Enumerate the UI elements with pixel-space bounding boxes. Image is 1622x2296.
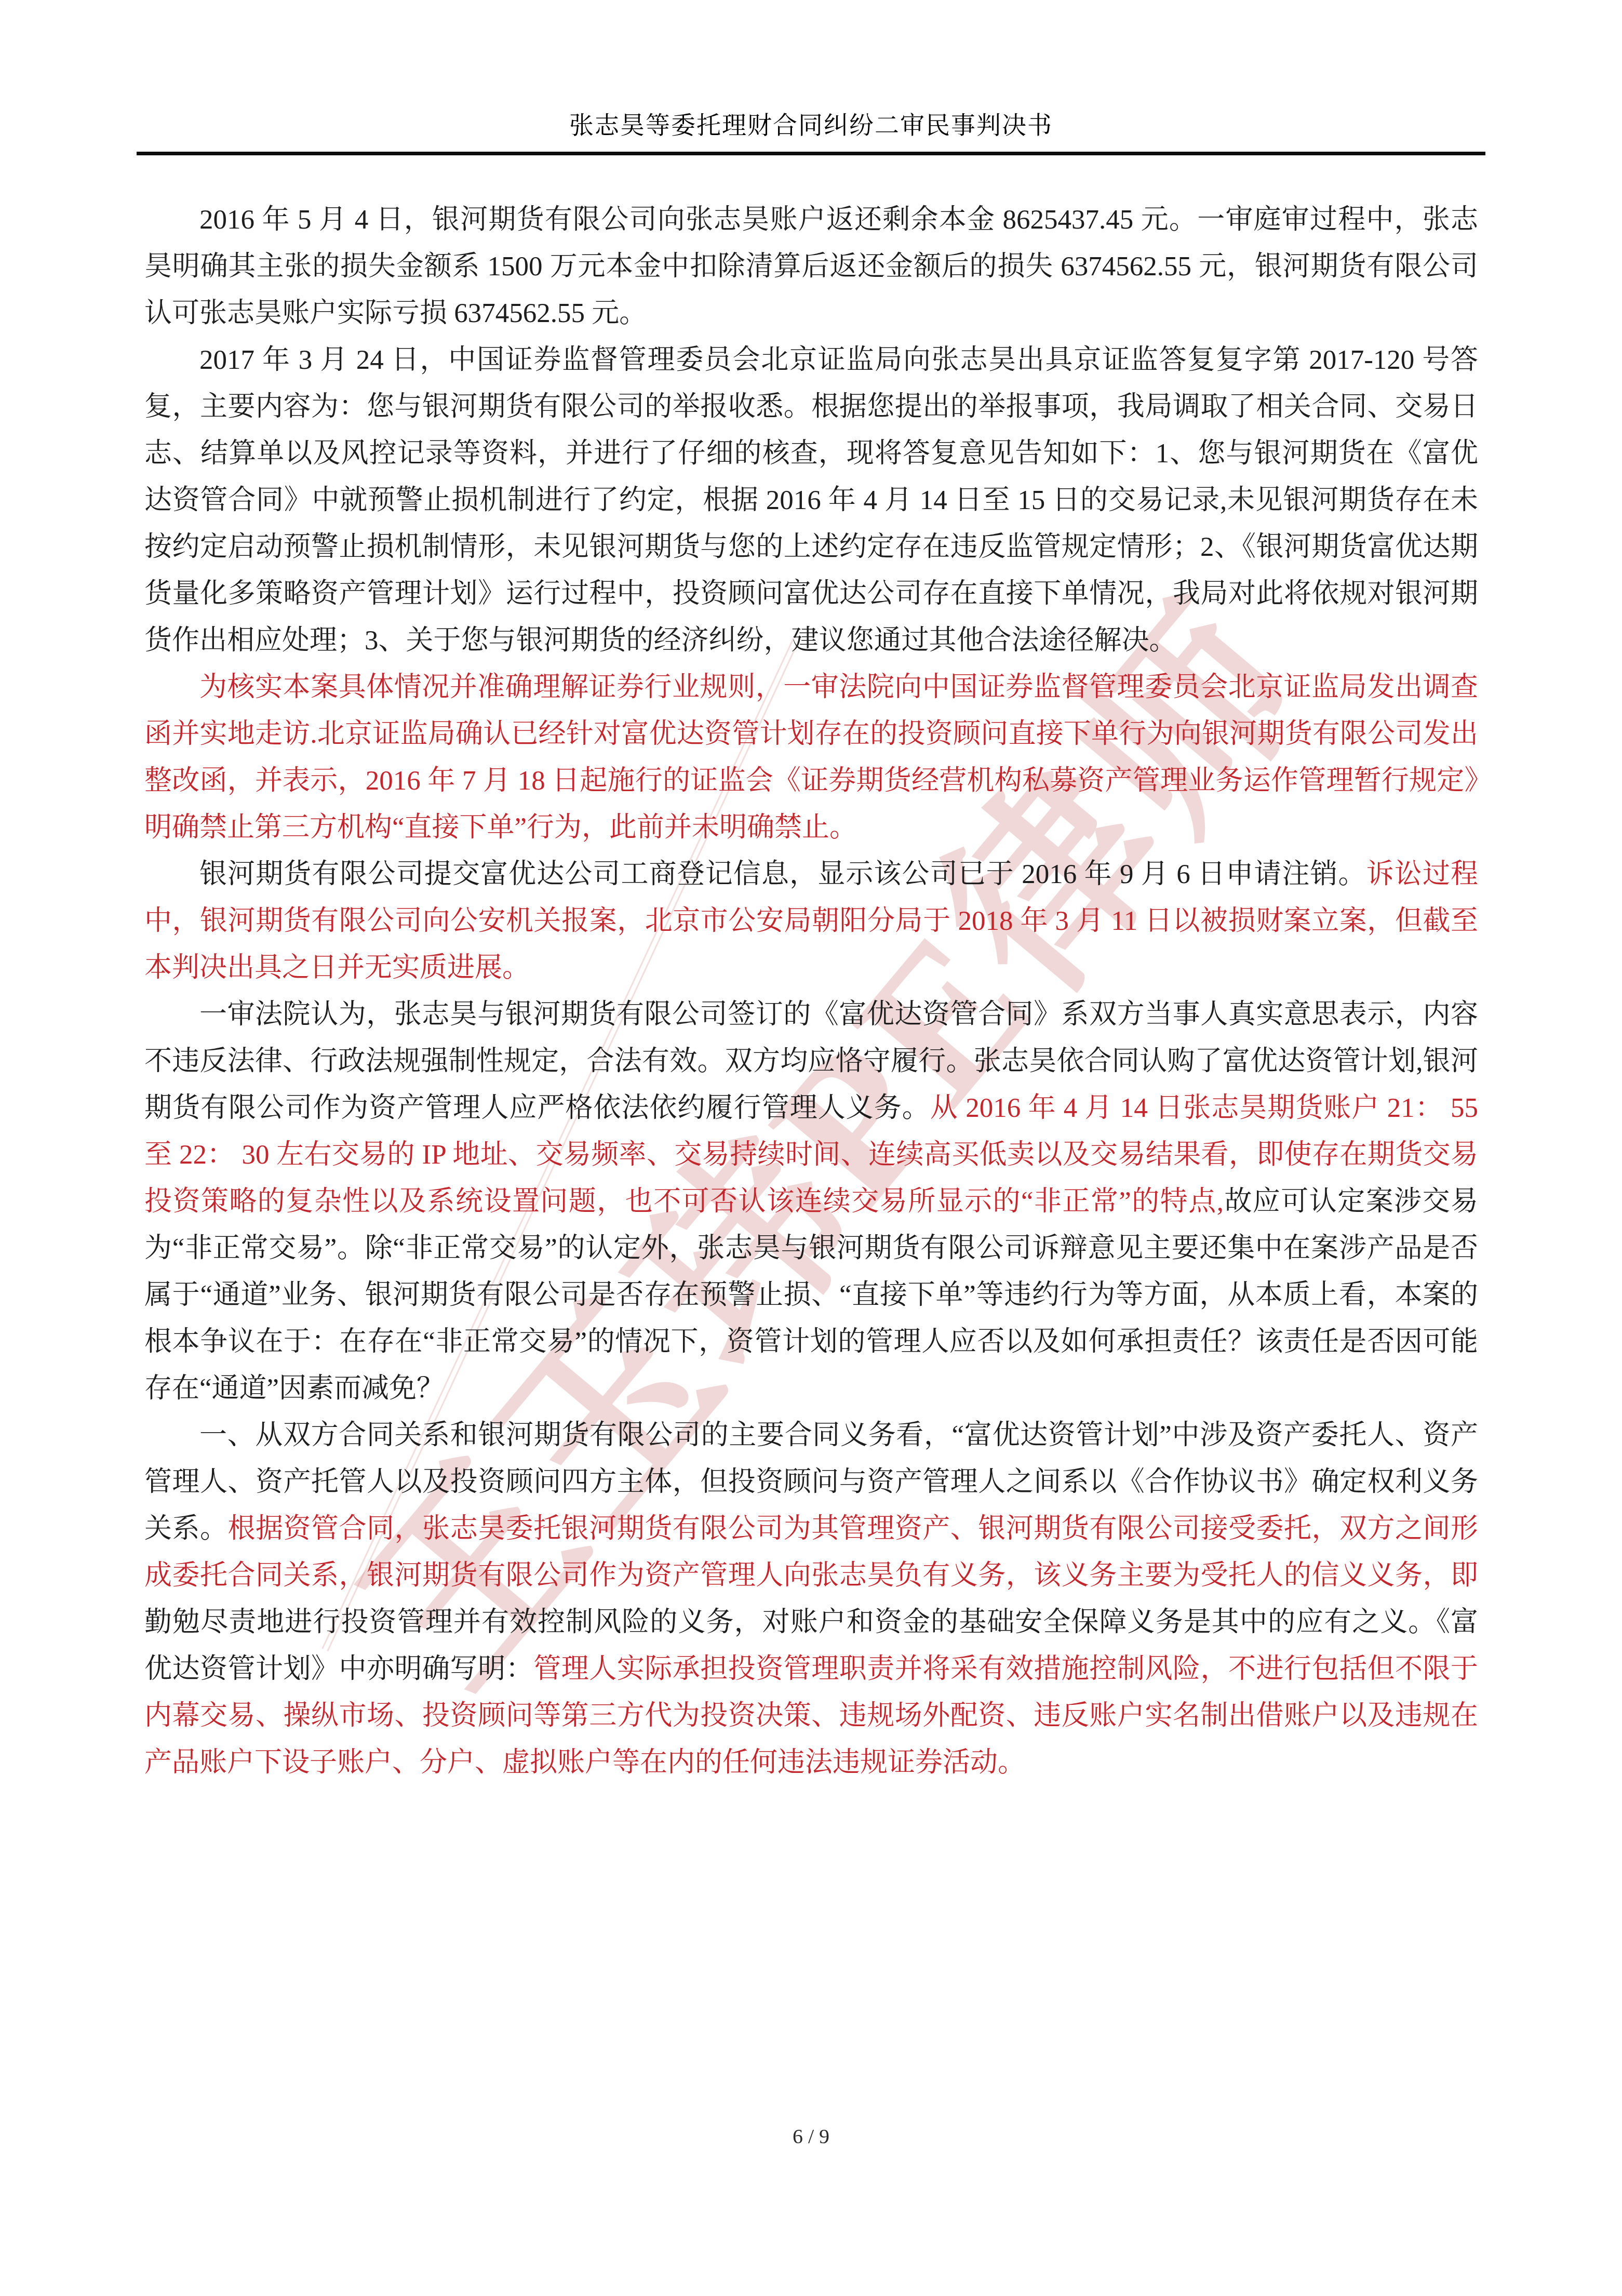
highlighted-text-run: 根据资管合同，张志昊委托银河期货有限公司为其管理资产、银河期货有限公司接受委托，… [144, 1514, 1478, 1591]
body-paragraph: 银河期货有限公司提交富优达公司工商登记信息，显示该公司已于 2016 年 9 月… [144, 851, 1478, 991]
text-run: 2016 年 5 月 4 日，银河期货有限公司向张志昊账户返还剩余本金 8625… [144, 205, 1478, 328]
page-title: 张志昊等委托理财合同纠纷二审民事判决书 [0, 110, 1622, 141]
body-paragraph: 一、从双方合同关系和银河期货有限公司的主要合同义务看，“富优达资管计划”中涉及资… [144, 1412, 1478, 1786]
text-run: 银河期货有限公司提交富优达公司工商登记信息，显示该公司已于 2016 年 9 月… [199, 859, 1366, 889]
body-paragraph: 为核实本案具体情况并准确理解证券行业规则，一审法院向中国证券监督管理委员会北京证… [144, 664, 1478, 851]
text-run: 2017 年 3 月 24 日，中国证券监督管理委员会北京证监局向张志昊出具京证… [144, 345, 1478, 656]
header-divider [137, 152, 1485, 155]
page-number: 6 / 9 [0, 2124, 1622, 2150]
body-paragraph: 2016 年 5 月 4 日，银河期货有限公司向张志昊账户返还剩余本金 8625… [144, 196, 1478, 337]
body-paragraph: 2017 年 3 月 24 日，中国证券监督管理委员会北京证监局向张志昊出具京证… [144, 337, 1478, 664]
body-paragraph: 一审法院认为，张志昊与银河期货有限公司签订的《富优达资管合同》系双方当事人真实意… [144, 991, 1478, 1412]
highlighted-text-run: 为核实本案具体情况并准确理解证券行业规则，一审法院向中国证券监督管理委员会北京证… [144, 672, 1478, 843]
text-run: 故应可认定案涉交易为“非正常交易”。除“非正常交易”的认定外，张志昊与银河期货有… [144, 1186, 1478, 1404]
body-text: 2016 年 5 月 4 日，银河期货有限公司向张志昊账户返还剩余本金 8625… [144, 196, 1478, 1786]
judgment-document-page: { "document": { "header": { "title": "张志… [0, 0, 1622, 2296]
